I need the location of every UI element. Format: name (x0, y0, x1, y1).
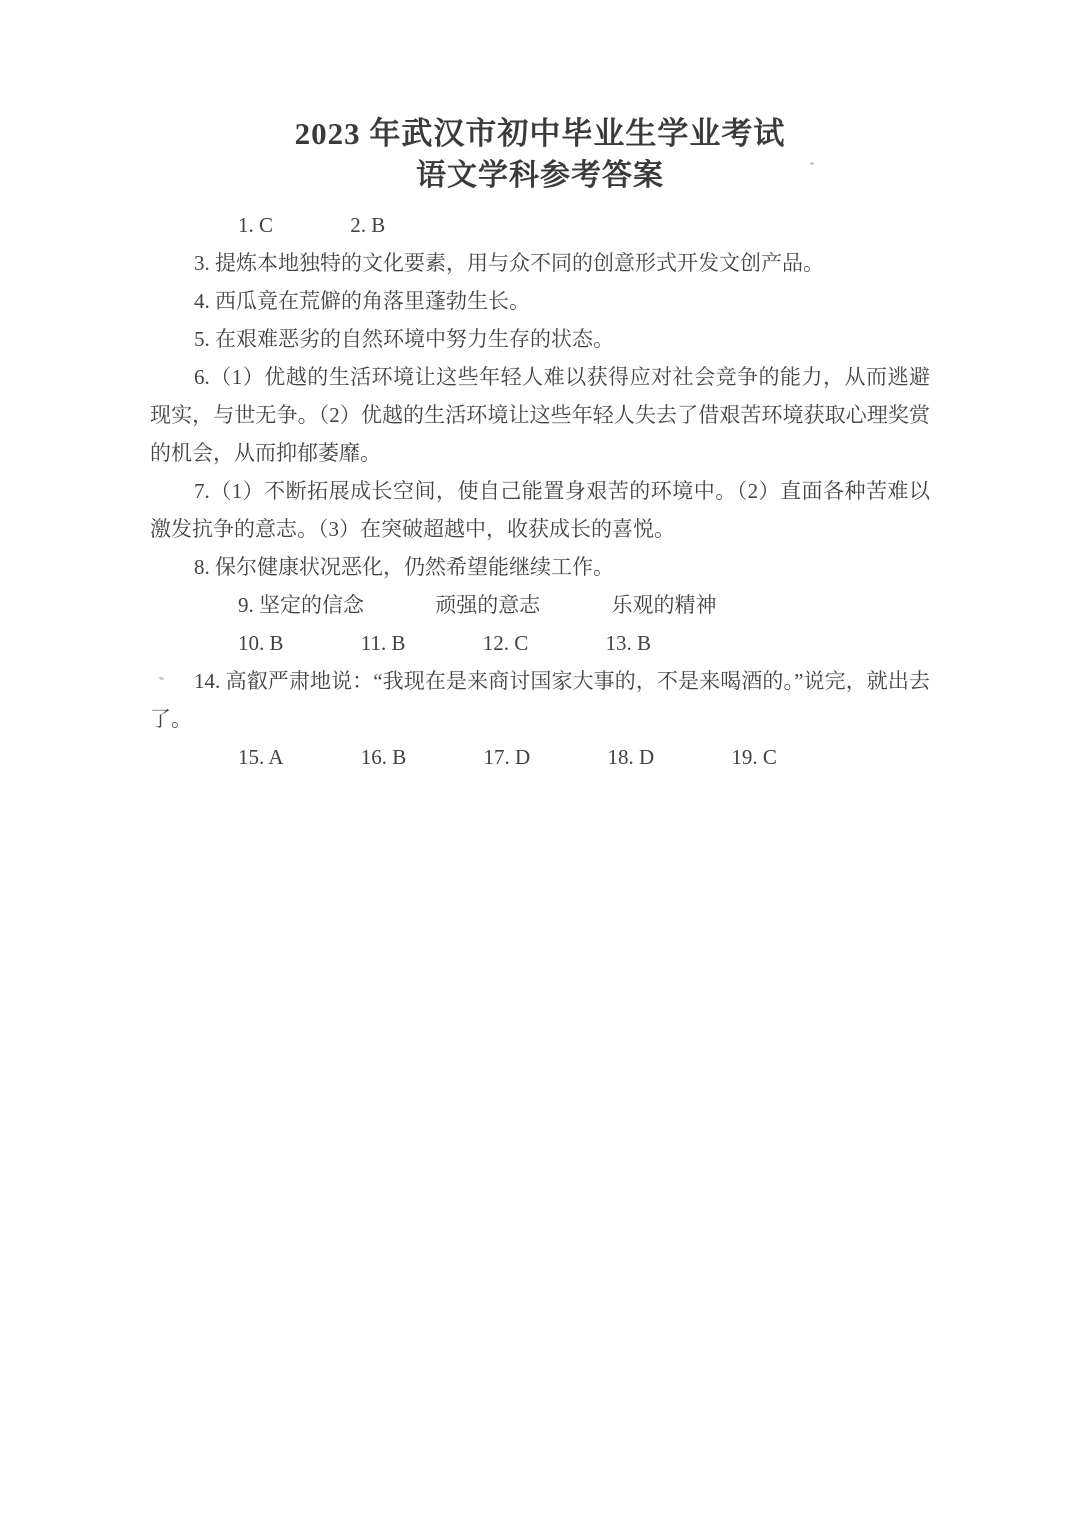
answer-sheet: 2023 年武汉市初中毕业生学业考试 语文学科参考答案 1. C 2. B 3.… (150, 112, 930, 776)
answer-row-q1-q2: 1. C 2. B (150, 206, 930, 244)
answer-q3: 3. 提炼本地独特的文化要素，用与众不同的创意形式开发文创产品。 (150, 244, 930, 282)
answer-q15: 15. A (194, 738, 284, 776)
answer-q1: 1. C (194, 206, 273, 244)
document-title-line1: 2023 年武汉市初中毕业生学业考试 (150, 112, 930, 156)
answer-q9-part3: 乐观的精神 (568, 586, 717, 624)
answer-q7: 7.（1）不断拓展成长空间，使自己能置身艰苦的环境中。（2）直面各种苦难以激发抗… (150, 472, 930, 548)
answer-row-q10-q13: 10. B 11. B 12. C 13. B (150, 624, 930, 662)
answer-q17: 17. D (440, 738, 531, 776)
answer-q9: 9. 坚定的信念 顽强的意志 乐观的精神 (150, 586, 930, 624)
answer-q4: 4. 西瓜竟在荒僻的角落里蓬勃生长。 (150, 282, 930, 320)
answers-body: 1. C 2. B 3. 提炼本地独特的文化要素，用与众不同的创意形式开发文创产… (150, 206, 930, 776)
answer-q10: 10. B (194, 624, 284, 662)
answer-q18: 18. D (563, 738, 654, 776)
answer-q19: 19. C (687, 738, 777, 776)
answer-q9-part1: 9. 坚定的信念 (194, 586, 364, 624)
answer-q8: 8. 保尔健康状况恶化，仍然希望能继续工作。 (150, 548, 930, 586)
scan-speck (810, 162, 814, 165)
answer-q6: 6.（1）优越的生活环境让这些年轻人难以获得应对社会竞争的能力，从而逃避现实，与… (150, 358, 930, 472)
answer-q12: 12. C (439, 624, 529, 662)
answer-q9-part2: 顽强的意志 (391, 586, 540, 624)
answer-q5: 5. 在艰难恶劣的自然环境中努力生存的状态。 (150, 320, 930, 358)
answer-q2: 2. B (306, 206, 385, 244)
answer-q14: 14. 高叡严肃地说：“我现在是来商讨国家大事的，不是来喝酒的。”说完，就出去了… (150, 662, 930, 738)
document-page: 2023 年武汉市初中毕业生学业考试 语文学科参考答案 1. C 2. B 3.… (0, 0, 1080, 1527)
answer-q11: 11. B (317, 624, 406, 662)
answer-q13: 13. B (562, 624, 652, 662)
answer-q16: 16. B (317, 738, 407, 776)
answer-row-q15-q19: 15. A 16. B 17. D 18. D 19. C (150, 738, 930, 776)
